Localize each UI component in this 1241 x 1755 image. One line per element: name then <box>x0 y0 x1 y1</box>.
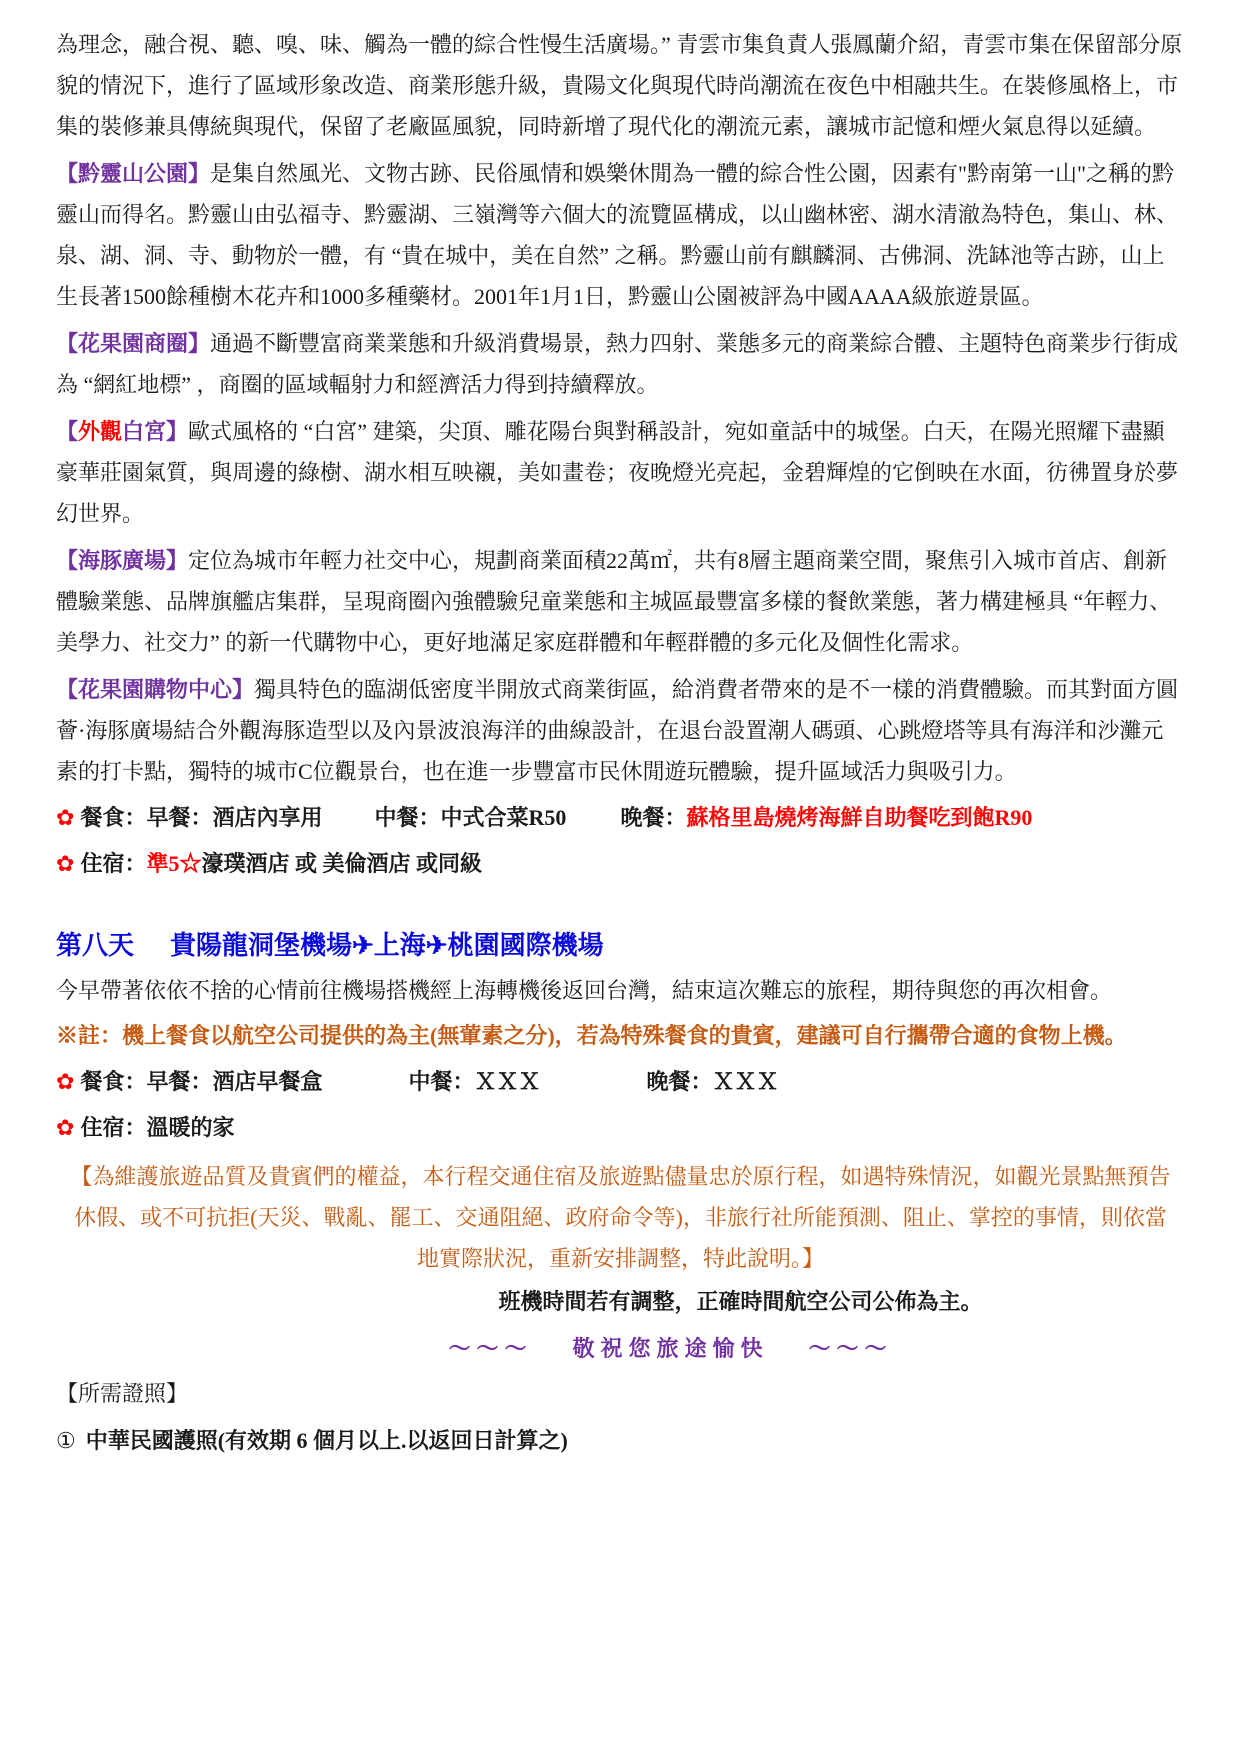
dinner-label-day7: 晚餐： <box>620 805 686 830</box>
lodging-value-day8: 溫暖的家 <box>146 1115 234 1140</box>
tilde-left: ～～～ <box>448 1336 532 1361</box>
hotel-names: 濠璞酒店 或 美倫酒店 或同級 <box>201 851 482 876</box>
quality-disclaimer: 【為維護旅遊品質及貴賓們的權益，本行程交通住宿及旅遊點儘量忠於原行程，如遇特殊情… <box>56 1156 1185 1279</box>
intro-paragraph: 為理念，融合視、聽、嗅、味、觸為一體的綜合性慢生活廣場。” 青雲市集負責人張鳳蘭… <box>56 24 1185 147</box>
section-title-white-palace: 【外觀白宮】 <box>56 419 188 444</box>
meals-label: 餐食： <box>80 805 146 830</box>
flight-meal-note: ※註：機上餐食以航空公司提供的為主(無葷素之分)，若為特殊餐食的貴賓，建議可自行… <box>56 1015 1185 1056</box>
bracket-open: 【 <box>56 419 78 444</box>
section-body-qianlingshan: 是集自然風光、文物古跡、民俗風情和娛樂休閒為一體的綜合性公園，因素有"黔南第一山… <box>56 161 1178 309</box>
lunch-day8: 中餐：ＸＸＸ <box>408 1061 646 1102</box>
section-body-white-palace: 歐式風格的 “白宮” 建築，尖頂、雕花陽台與對稱設計，宛如童話中的城堡。白天，在… <box>56 419 1178 526</box>
section-title-qianlingshan: 【黔靈山公園】 <box>56 161 210 186</box>
lodging-label: 住宿： <box>80 851 146 876</box>
day8-header: 第八天貴陽龍洞堡機場✈上海✈桃園國際機場 <box>56 924 1185 968</box>
breakfast-day7: 早餐：酒店內享用 <box>146 797 374 838</box>
dinner-day8: 晚餐：ＸＸＸ <box>646 1069 778 1094</box>
title-red-part: 外觀 <box>78 419 122 444</box>
section-body-dolphin-plaza: 定位為城市年輕力社交中心，規劃商業面積22萬㎡，共有8層主題商業空間，聚焦引入城… <box>56 548 1171 655</box>
flower-icon: ✿ <box>56 1069 74 1094</box>
flight-schedule-note: 班機時間若有調整，正確時間航空公司公佈為主。 <box>296 1281 1185 1322</box>
document-item-text: 中華民國護照(有效期 6 個月以上.以返回日計算之) <box>86 1428 568 1453</box>
itinerary-document-page: 為理念，融合視、聽、嗅、味、觸為一體的綜合性慢生活廣場。” 青雲市集負責人張鳳蘭… <box>0 0 1241 1755</box>
flower-icon: ✿ <box>56 851 74 876</box>
lunch-day7: 中餐：中式合菜R50 <box>374 797 620 838</box>
wish-text: 敬祝您旅途愉快 <box>572 1336 768 1361</box>
document-item-passport: ①中華民國護照(有效期 6 個月以上.以返回日計算之) <box>56 1420 1185 1461</box>
section-white-palace: 【外觀白宮】歐式風格的 “白宮” 建築，尖頂、雕花陽台與對稱設計，宛如童話中的城… <box>56 411 1185 534</box>
day8-description: 今早帶著依依不捨的心情前往機場搭機經上海轉機後返回台灣，結束這次難忘的旅程，期待… <box>56 970 1185 1011</box>
lodging-label: 住宿： <box>80 1115 146 1140</box>
hotel-grade: 準5☆ <box>146 851 201 876</box>
section-dolphin-plaza: 【海豚廣場】定位為城市年輕力社交中心，規劃商業面積22萬㎡，共有8層主題商業空間… <box>56 540 1185 663</box>
lodging-line-day8: ✿住宿：溫暖的家 <box>56 1107 1185 1148</box>
section-title-dolphin-plaza: 【海豚廣場】 <box>56 548 188 573</box>
meals-line-day7: ✿餐食：早餐：酒店內享用中餐：中式合菜R50晚餐：蘇格里島燒烤海鮮自助餐吃到飽R… <box>56 797 1185 838</box>
breakfast-day8: 早餐：酒店早餐盒 <box>146 1061 408 1102</box>
required-documents-header: 【所需證照】 <box>56 1373 1185 1414</box>
day8-label: 第八天 <box>56 931 134 960</box>
meals-line-day8: ✿餐食：早餐：酒店早餐盒中餐：ＸＸＸ晚餐：ＸＸＸ <box>56 1061 1185 1102</box>
section-huaguoyuan-business-district: 【花果園商圈】通過不斷豐富商業業態和升級消費場景，熱力四射、業態多元的商業綜合體… <box>56 323 1185 405</box>
day8-route: 貴陽龍洞堡機場✈上海✈桃園國際機場 <box>170 931 604 960</box>
section-title-huaguoyuan-district: 【花果園商圈】 <box>56 331 210 356</box>
section-qianlingshan-park: 【黔靈山公園】是集自然風光、文物古跡、民俗風情和娛樂休閒為一體的綜合性公園，因素… <box>56 153 1185 317</box>
flower-icon: ✿ <box>56 805 74 830</box>
circled-number-1: ① <box>56 1428 76 1453</box>
flower-icon: ✿ <box>56 1115 74 1140</box>
title-rest-part: 白宮】 <box>122 419 188 444</box>
lodging-line-day7: ✿住宿：準5☆濠璞酒店 或 美倫酒店 或同級 <box>56 843 1185 884</box>
dinner-value-day7: 蘇格里島燒烤海鮮自助餐吃到飽R90 <box>686 805 1032 830</box>
section-body-huaguoyuan-district: 通過不斷豐富商業業態和升級消費場景，熱力四射、業態多元的商業綜合體、主題特色商業… <box>56 331 1178 397</box>
tilde-right: ～～～ <box>809 1336 893 1361</box>
section-huaguoyuan-mall: 【花果園購物中心】獨具特色的臨湖低密度半開放式商業街區，給消費者帶來的是不一樣的… <box>56 669 1185 792</box>
farewell-wish-line: ～～～敬祝您旅途愉快～～～ <box>156 1328 1185 1369</box>
section-title-huaguoyuan-mall: 【花果園購物中心】 <box>56 677 254 702</box>
meals-label: 餐食： <box>80 1069 146 1094</box>
